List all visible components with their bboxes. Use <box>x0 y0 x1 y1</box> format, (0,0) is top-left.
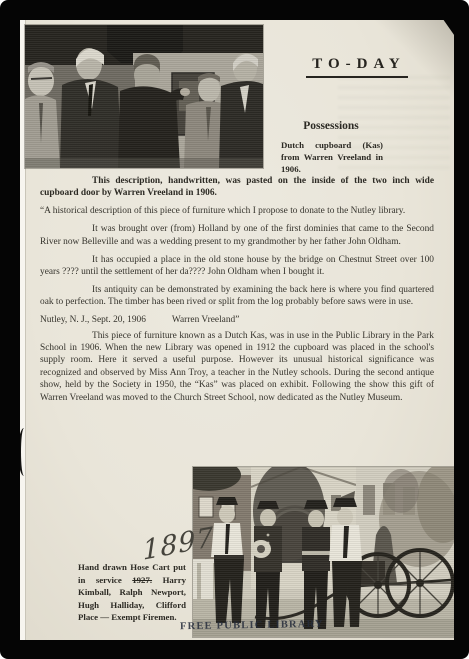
paragraph-kas-history: This piece of furniture known as a Dutch… <box>40 330 434 404</box>
photo2-caption: Hand drawn Hose Cart put in service 1927… <box>78 561 186 624</box>
photo-firemen-illustration <box>193 467 454 637</box>
paragraph-antiquity: Its antiquity can be demonstrated by exa… <box>40 284 434 309</box>
article-body: This description, handwritten, was paste… <box>40 175 434 410</box>
dateline-place-date: Nutley, N. J., Sept. 20, 1906 <box>40 315 146 325</box>
paragraph-stone-house: It has occupied a place in the old stone… <box>40 254 434 279</box>
caption-struck-year: 1927. <box>132 575 152 585</box>
scan-frame: TO-DAY Possessions Dutch cupboard (Kas) … <box>0 0 469 659</box>
photo-men-viewing-exhibit <box>25 25 263 168</box>
photo1-caption: Dutch cupboard (Kas) from Warren Vreelan… <box>281 139 383 175</box>
paragraph-quote-open: “A historical description of this piece … <box>40 205 434 217</box>
binding-mark <box>18 428 30 476</box>
dateline-signature: Warren Vreeland” <box>172 315 239 325</box>
section-heading: Possessions <box>276 120 386 132</box>
masthead-title: TO-DAY <box>292 56 422 78</box>
paragraph-description-note: This description, handwritten, was paste… <box>40 175 434 200</box>
document-page: TO-DAY Possessions Dutch cupboard (Kas) … <box>20 20 454 640</box>
photo-firemen-hose-cart <box>193 467 454 637</box>
photo-men-illustration <box>25 25 263 168</box>
dateline: Nutley, N. J., Sept. 20, 1906Warren Vree… <box>40 314 434 326</box>
masthead-underline: TO-DAY <box>306 56 408 78</box>
paragraph-holland: It was brought over (from) Holland by on… <box>40 223 434 248</box>
